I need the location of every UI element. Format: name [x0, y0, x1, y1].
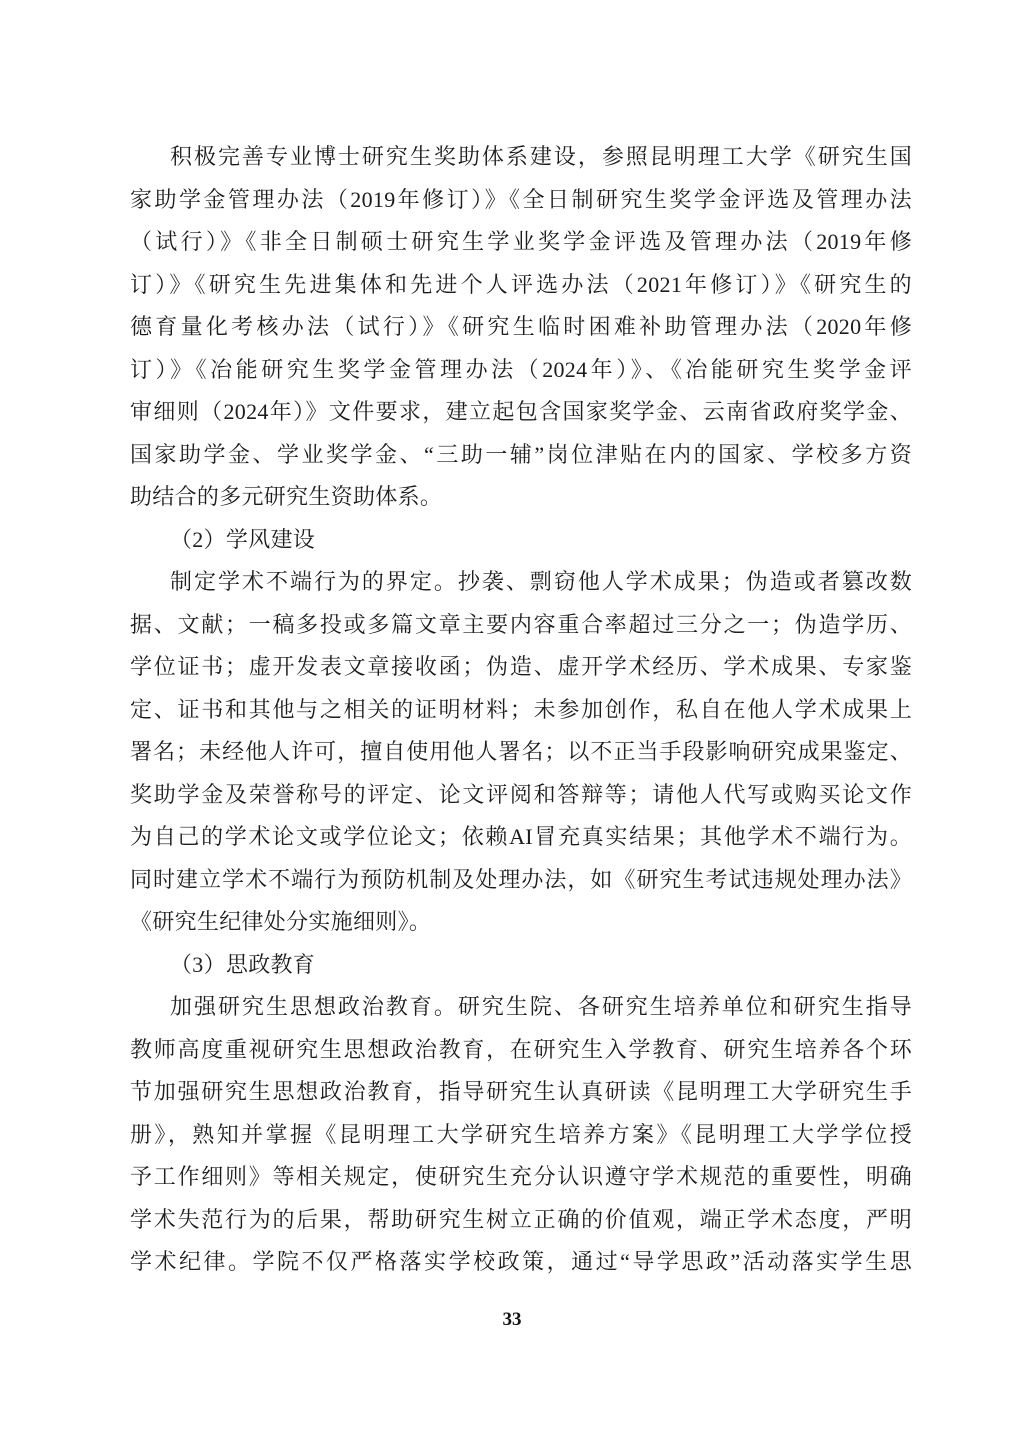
paragraph-3-line: 学术纪律。学院不仅严格落实学校政策，通过“导学思政”活动落实学生思	[130, 1241, 912, 1284]
paragraph-1-line: 家助学金管理办法（2019年修订）》《全日制研究生奖学金评选及管理办法	[130, 179, 912, 222]
paragraph-2-line: 《研究生纪律处分实施细则》。	[130, 901, 912, 944]
paragraph-3-line: 册》，熟知并掌握《昆明理工大学研究生培养方案》《昆明理工大学学位授	[130, 1114, 912, 1157]
paragraph-1-line: 助结合的多元研究生资助体系。	[130, 476, 912, 519]
paragraph-1-line: 订）》《冶能研究生奖学金管理办法（2024年）》、《冶能研究生奖学金评	[130, 349, 912, 392]
paragraph-3-line: 加强研究生思想政治教育。研究生院、各研究生培养单位和研究生指导	[130, 986, 912, 1029]
paragraph-1-line: 德育量化考核办法（试行）》《研究生临时困难补助管理办法（2020年修	[130, 306, 912, 349]
section-heading-3: （3）思政教育	[130, 944, 912, 987]
section-heading-2: （2）学风建设	[130, 519, 912, 562]
document-text-block: 积极完善专业博士研究生奖助体系建设，参照昆明理工大学《研究生国 家助学金管理办法…	[130, 136, 912, 1284]
paragraph-2-line: 定、证书和其他与之相关的证明材料；未参加创作，私自在他人学术成果上	[130, 689, 912, 732]
paragraph-3-line: 教师高度重视研究生思想政治教育，在研究生入学教育、研究生培养各个环	[130, 1029, 912, 1072]
paragraph-1-line: 订）》《研究生先进集体和先进个人评选办法（2021年修订）》《研究生的	[130, 264, 912, 307]
paragraph-2-line: 奖助学金及荣誉称号的评定、论文评阅和答辩等；请他人代写或购买论文作	[130, 774, 912, 817]
page-number: 33	[0, 1306, 1024, 1334]
paragraph-2-line: 为自己的学术论文或学位论文；依赖AI冒充真实结果；其他学术不端行为。	[130, 816, 912, 859]
paragraph-3-line: 学术失范行为的后果，帮助研究生树立正确的价值观，端正学术态度，严明	[130, 1199, 912, 1242]
paragraph-1-line: （试行）》《非全日制硕士研究生学业奖学金评选及管理办法（2019年修	[130, 221, 912, 264]
document-page: 积极完善专业博士研究生奖助体系建设，参照昆明理工大学《研究生国 家助学金管理办法…	[0, 0, 1024, 1447]
paragraph-2-line: 学位证书；虚开发表文章接收函；伪造、虚开学术经历、学术成果、专家鉴	[130, 646, 912, 689]
paragraph-3-line: 节加强研究生思想政治教育，指导研究生认真研读《昆明理工大学研究生手	[130, 1071, 912, 1114]
paragraph-2-line: 署名；未经他人许可，擅自使用他人署名；以不正当手段影响研究成果鉴定、	[130, 731, 912, 774]
paragraph-1-line: 积极完善专业博士研究生奖助体系建设，参照昆明理工大学《研究生国	[130, 136, 912, 179]
paragraph-2-line: 据、文献；一稿多投或多篇文章主要内容重合率超过三分之一；伪造学历、	[130, 604, 912, 647]
paragraph-1-line: 国家助学金、学业奖学金、“三助一辅”岗位津贴在内的国家、学校多方资	[130, 434, 912, 477]
paragraph-2-line: 制定学术不端行为的界定。抄袭、剽窃他人学术成果；伪造或者篡改数	[130, 561, 912, 604]
paragraph-3-line: 予工作细则》等相关规定，使研究生充分认识遵守学术规范的重要性，明确	[130, 1156, 912, 1199]
paragraph-1-line: 审细则（2024年）》文件要求，建立起包含国家奖学金、云南省政府奖学金、	[130, 391, 912, 434]
paragraph-2-line: 同时建立学术不端行为预防机制及处理办法，如《研究生考试违规处理办法》	[130, 859, 912, 902]
